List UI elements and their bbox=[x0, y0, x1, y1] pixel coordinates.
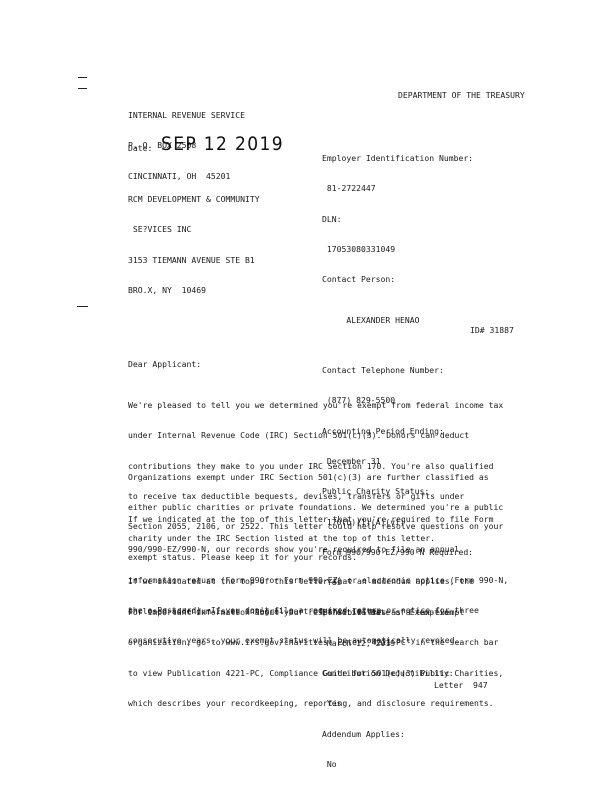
recipient-line: 3153 TIEMANN AVENUE STE B1 bbox=[128, 255, 260, 265]
salutation: Dear Applicant: bbox=[128, 359, 201, 369]
text-line: We're pleased to tell you we determined … bbox=[128, 400, 568, 410]
contact-person-value: ALEXANDER HENAO bbox=[342, 315, 420, 325]
recipient-address: RCM DEVELOPMENT & COMMUNITY SE?VICES INC… bbox=[128, 174, 260, 305]
sender-line: INTERNAL REVENUE SERVICE bbox=[128, 110, 245, 120]
text-line: organization, go to www.irs.gov/charitie… bbox=[128, 637, 568, 647]
recipient-line: RCM DEVELOPMENT & COMMUNITY bbox=[128, 194, 260, 204]
ein-label: Employer Identification Number: bbox=[322, 153, 562, 163]
text-line: under Internal Revenue Code (IRC) Sectio… bbox=[128, 430, 568, 440]
date-stamp: SEP 12 2019 bbox=[161, 133, 284, 155]
recipient-line: SE?VICES INC bbox=[128, 224, 260, 234]
dln-label: DLN: bbox=[322, 214, 562, 224]
contact-person-label: Contact Person: bbox=[322, 274, 562, 284]
paragraph-resources: For important information about your res… bbox=[128, 587, 568, 718]
margin-mark-top-1 bbox=[78, 77, 87, 78]
margin-mark-middle bbox=[77, 306, 88, 307]
text-line: 990/990-EZ/990-N, our records show you'r… bbox=[128, 544, 568, 554]
text-line: If we indicated at the top of this lette… bbox=[128, 576, 568, 586]
addendum-label: Addendum Applies: bbox=[322, 729, 562, 739]
letter-number: Letter 947 bbox=[434, 680, 488, 690]
contact-phone-label: Contact Telephone Number: bbox=[322, 365, 562, 375]
text-line: to view Publication 4221-PC, Compliance … bbox=[128, 668, 568, 678]
text-line: which describes your recordkeeping, repo… bbox=[128, 698, 568, 708]
margin-mark-top-2 bbox=[78, 88, 87, 89]
addendum-value: No bbox=[322, 759, 562, 769]
department-title: DEPARTMENT OF THE TREASURY bbox=[398, 90, 525, 100]
date-label: Date: bbox=[128, 143, 152, 153]
text-line: For important information about your res… bbox=[128, 607, 568, 617]
text-line: If we indicated at the top of this lette… bbox=[128, 514, 568, 524]
contact-id: ID# 31887 bbox=[470, 325, 514, 335]
ein-value: 81-2722447 bbox=[322, 183, 562, 193]
dln-value: 17053080331049 bbox=[322, 244, 562, 254]
text-line: Organizations exempt under IRC Section 5… bbox=[128, 472, 568, 482]
recipient-line: BRO.X, NY 10469 bbox=[128, 285, 260, 295]
